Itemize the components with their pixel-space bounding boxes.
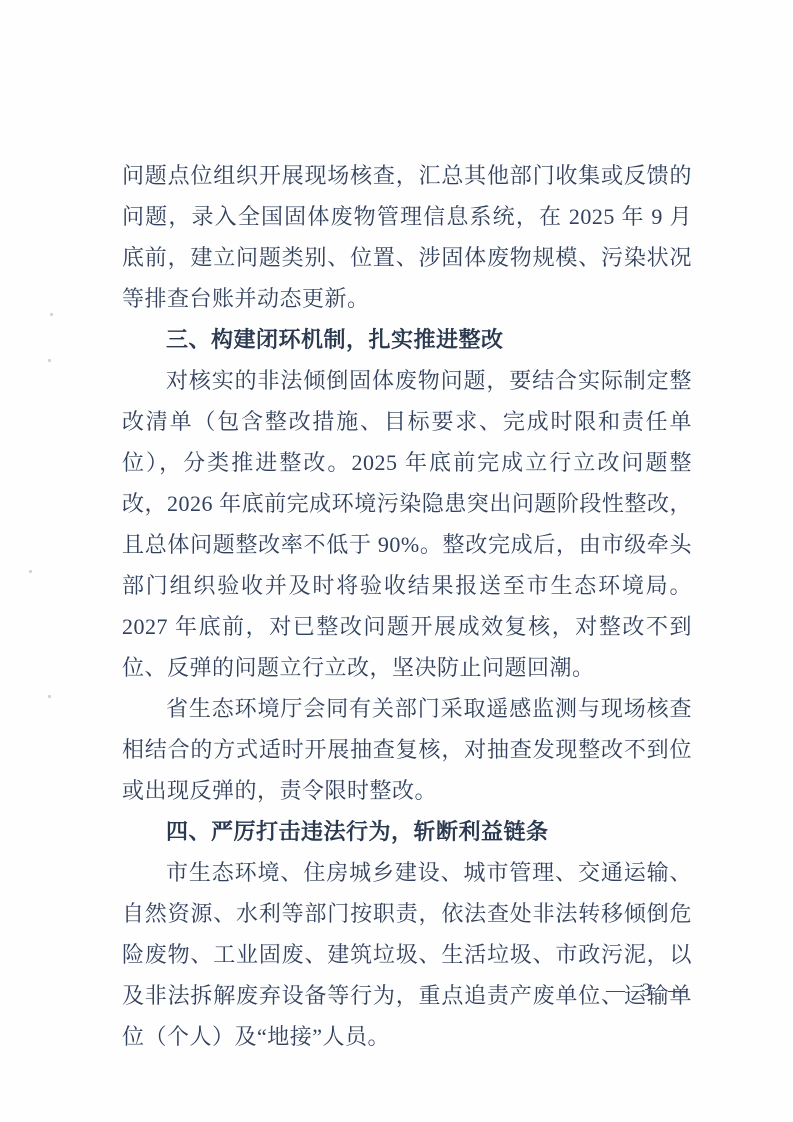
scan-speck — [50, 313, 53, 316]
paragraph: 省生态环境厅会同有关部门采取遥感监测与现场核查相结合的方式适时开展抽查复核，对抽… — [122, 688, 692, 811]
paragraph-continuation: 问题点位组织开展现场核查，汇总其他部门收集或反馈的问题，录入全国固体废物管理信息… — [122, 155, 692, 319]
paragraph: 市生态环境、住房城乡建设、城市管理、交通运输、自然资源、水利等部门按职责，依法查… — [122, 852, 692, 1057]
section-heading-three: 三、构建闭环机制，扎实推进整改 — [122, 319, 692, 360]
scan-speck — [48, 359, 51, 362]
scan-speck — [48, 695, 51, 698]
section-heading-four: 四、严厉打击违法行为，斩断利益链条 — [122, 811, 692, 852]
paragraph: 对核实的非法倾倒固体废物问题，要结合实际制定整改清单（包含整改措施、目标要求、完… — [122, 360, 692, 688]
page-number: — 3 — — [606, 980, 689, 1002]
document-page: 问题点位组织开展现场核查，汇总其他部门收集或反馈的问题，录入全国固体废物管理信息… — [0, 0, 793, 1122]
scan-speck — [29, 570, 32, 573]
document-body: 问题点位组织开展现场核查，汇总其他部门收集或反馈的问题，录入全国固体废物管理信息… — [122, 155, 692, 1057]
